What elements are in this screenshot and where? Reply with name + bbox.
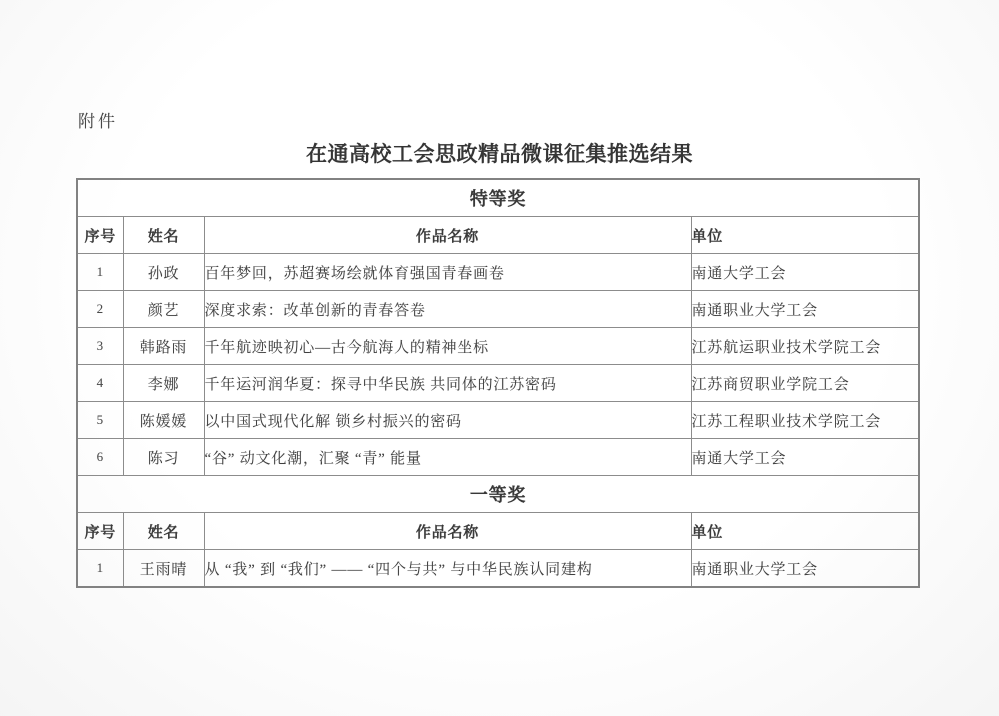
cell-unit: 江苏商贸职业学院工会 [691,365,919,402]
col-header-name: 姓名 [123,513,204,550]
cell-work: 百年梦回，苏超赛场绘就体育强国青春画卷 [204,254,691,291]
award-results-table: 特等奖 序号 姓名 作品名称 单位 1 孙政 百年梦回，苏超赛场绘就体育强国青春… [76,178,920,588]
cell-unit: 江苏工程职业技术学院工会 [691,402,919,439]
cell-work: 以中国式现代化解 锁乡村振兴的密码 [204,402,691,439]
cell-name: 孙政 [123,254,204,291]
cell-work: 千年航迹映初心—古今航海人的精神坐标 [204,328,691,365]
table-row: 5 陈媛媛 以中国式现代化解 锁乡村振兴的密码 江苏工程职业技术学院工会 [77,402,919,439]
cell-no: 4 [77,365,123,402]
document-page: 附件 在通高校工会思政精品微课征集推选结果 特等奖 序号 姓名 作品名称 单位 … [0,0,999,716]
table-row: 4 李娜 千年运河润华夏：探寻中华民族 共同体的江苏密码 江苏商贸职业学院工会 [77,365,919,402]
col-header-work: 作品名称 [204,217,691,254]
cell-no: 1 [77,254,123,291]
award-title-first: 一等奖 [77,476,919,513]
table-row: 3 韩路雨 千年航迹映初心—古今航海人的精神坐标 江苏航运职业技术学院工会 [77,328,919,365]
cell-name: 李娜 [123,365,204,402]
table-row: 2 颜艺 深度求索：改革创新的青春答卷 南通职业大学工会 [77,291,919,328]
table-row: 6 陈习 “谷” 动文化潮，汇聚 “青” 能量 南通大学工会 [77,439,919,476]
col-header-unit: 单位 [691,217,919,254]
cell-no: 2 [77,291,123,328]
col-header-name: 姓名 [123,217,204,254]
cell-unit: 南通大学工会 [691,439,919,476]
cell-unit: 南通大学工会 [691,254,919,291]
award-title-special: 特等奖 [77,179,919,217]
column-header-row: 序号 姓名 作品名称 单位 [77,217,919,254]
col-header-unit: 单位 [691,513,919,550]
cell-unit: 南通职业大学工会 [691,550,919,588]
table-row: 1 王雨晴 从 “我” 到 “我们” —— “四个与共” 与中华民族认同建构 南… [77,550,919,588]
cell-no: 3 [77,328,123,365]
cell-work: 千年运河润华夏：探寻中华民族 共同体的江苏密码 [204,365,691,402]
cell-work: 深度求索：改革创新的青春答卷 [204,291,691,328]
section-header-row: 特等奖 [77,179,919,217]
cell-work: 从 “我” 到 “我们” —— “四个与共” 与中华民族认同建构 [204,550,691,588]
cell-name: 陈习 [123,439,204,476]
table-row: 1 孙政 百年梦回，苏超赛场绘就体育强国青春画卷 南通大学工会 [77,254,919,291]
col-header-work: 作品名称 [204,513,691,550]
col-header-no: 序号 [77,513,123,550]
cell-name: 颜艺 [123,291,204,328]
cell-name: 王雨晴 [123,550,204,588]
attachment-label: 附件 [78,107,118,132]
cell-unit: 南通职业大学工会 [691,291,919,328]
cell-no: 5 [77,402,123,439]
column-header-row: 序号 姓名 作品名称 单位 [77,513,919,550]
cell-unit: 江苏航运职业技术学院工会 [691,328,919,365]
cell-no: 1 [77,550,123,588]
cell-name: 韩路雨 [123,328,204,365]
cell-work: “谷” 动文化潮，汇聚 “青” 能量 [204,439,691,476]
page-title: 在通高校工会思政精品微课征集推选结果 [0,138,999,168]
col-header-no: 序号 [77,217,123,254]
cell-no: 6 [77,439,123,476]
cell-name: 陈媛媛 [123,402,204,439]
section-header-row: 一等奖 [77,476,919,513]
